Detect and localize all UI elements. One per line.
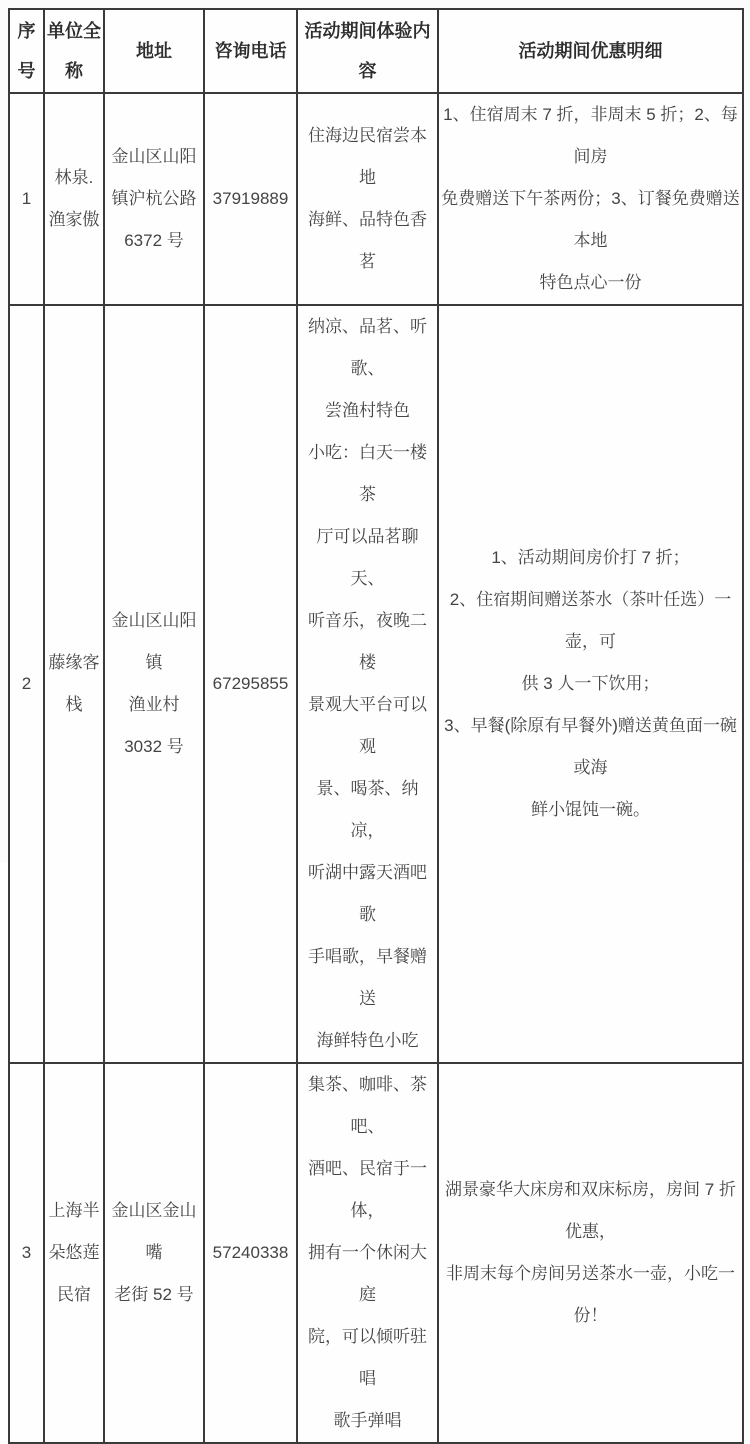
col-header-phone: 咨询电话 [204,9,297,93]
cell-phone: 37919889 [204,93,297,305]
cell-unit-name: 上海半 朵悠莲 民宿 [44,1063,104,1443]
col-header-discount: 活动期间优惠明细 [438,9,743,93]
table-row: 2 藤缘客 栈 金山区山阳 镇 渔业村 3032 号 67295855 纳凉、品… [9,305,743,1063]
table-row: 3 上海半 朵悠莲 民宿 金山区金山 嘴 老街 52 号 57240338 集茶… [9,1063,743,1443]
cell-experience: 集茶、咖啡、茶吧、 酒吧、民宿于一体， 拥有一个休闲大庭 院，可以倾听驻唱 歌手… [297,1063,438,1443]
cell-phone: 67295855 [204,305,297,1063]
cell-unit-name: 藤缘客 栈 [44,305,104,1063]
cell-serial-number: 1 [9,93,44,305]
cell-discount: 1、活动期间房价打 7 折； 2、住宿期间赠送茶水（茶叶任选）一壶，可 供 3 … [438,305,743,1063]
col-header-address: 地址 [104,9,204,93]
table-row: 1 林泉. 渔家傲 金山区山阳 镇沪杭公路 6372 号 37919889 住海… [9,93,743,305]
cell-address: 金山区金山 嘴 老街 52 号 [104,1063,204,1443]
col-header-serial-number: 序 号 [9,9,44,93]
col-header-experience: 活动期间体验内容 [297,9,438,93]
cell-phone: 57240338 [204,1063,297,1443]
col-header-unit-name: 单位全 称 [44,9,104,93]
document-page: 序 号 单位全 称 地址 咨询电话 活动期间体验内容 活动期间优惠明细 1 林泉… [0,0,750,863]
cell-unit-name: 林泉. 渔家傲 [44,93,104,305]
cell-address: 金山区山阳 镇 渔业村 3032 号 [104,305,204,1063]
cell-discount: 1、住宿周末 7 折，非周末 5 折；2、每间房 免费赠送下午茶两份；3、订餐免… [438,93,743,305]
cell-discount: 湖景豪华大床房和双床标房，房间 7 折优惠， 非周末每个房间另送茶水一壶，小吃一… [438,1063,743,1443]
guesthouse-promotion-table: 序 号 单位全 称 地址 咨询电话 活动期间体验内容 活动期间优惠明细 1 林泉… [8,8,744,1444]
cell-address: 金山区山阳 镇沪杭公路 6372 号 [104,93,204,305]
cell-serial-number: 2 [9,305,44,1063]
cell-experience: 纳凉、品茗、听歌、 尝渔村特色 小吃：白天一楼茶 厅可以品茗聊天、 听音乐，夜晚… [297,305,438,1063]
table-header-row: 序 号 单位全 称 地址 咨询电话 活动期间体验内容 活动期间优惠明细 [9,9,743,93]
cell-experience: 住海边民宿尝本地 海鲜、品特色香茗 [297,93,438,305]
cell-serial-number: 3 [9,1063,44,1443]
